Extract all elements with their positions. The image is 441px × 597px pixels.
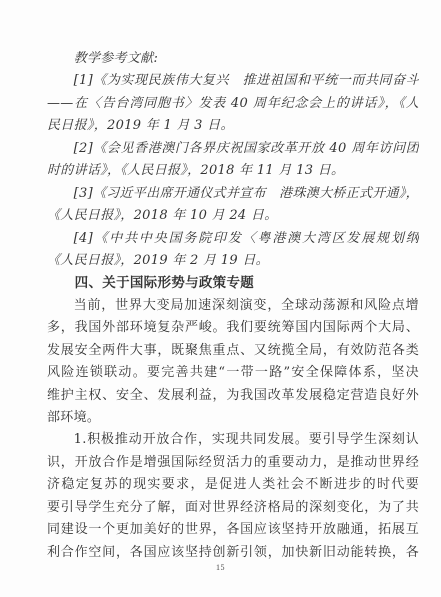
reference-1-line: [1]《为实现民族伟大复兴 推进祖国和平统一而共同奋斗 [47, 70, 419, 92]
document-page: 教学参考文献:[1]《为实现民族伟大复兴 推进祖国和平统一而共同奋斗——在〈告台… [0, 0, 441, 597]
body-paragraph-1-line: 风险连锁联动。要完善共建“一带一路”安全保障体系，坚决 [47, 362, 419, 384]
body-paragraph-2-line: 利合作空间，各国应该坚持创新引领，加快新旧动能转换，各 [47, 542, 419, 564]
body-paragraph-2-line: 识，开放合作是增强国际经贸活力的重要动力，是推动世界经 [47, 452, 419, 474]
body-paragraph-2-line: 同建设一个更加美好的世界，各国应该坚持开放融通，拓展互 [47, 519, 419, 541]
reference-2-line: [2]《会见香港澳门各界庆祝国家改革开放 40 周年访问团 [47, 138, 419, 160]
body-paragraph-1-line: 部环境。 [47, 407, 419, 429]
body-paragraph-1-line: 发展安全两件大事，既聚焦重点、又统揽全局，有效防范各类 [47, 340, 419, 362]
page-number: 15 [0, 563, 441, 572]
reference-1-line: 民日报》，2019 年 1 月 3 日。 [47, 115, 419, 137]
body-paragraph-2-line: 1.积极推动开放合作，实现共同发展。要引导学生深刻认 [47, 429, 419, 451]
body-paragraph-1-line: 当前，世界大变局加速深刻演变，全球动荡源和风险点增 [47, 295, 419, 317]
body-paragraph-1-line: 维护主权、安全、发展利益，为我国改革发展稳定营造良好外 [47, 385, 419, 407]
body-paragraph-2-line: 要引导学生充分了解，面对世界经济格局的深刻变化，为了共 [47, 497, 419, 519]
references-title-line: 教学参考文献: [47, 48, 419, 70]
text-block: 教学参考文献:[1]《为实现民族伟大复兴 推进祖国和平统一而共同奋斗——在〈告台… [47, 48, 419, 564]
reference-3-line: 《人民日报》，2018 年 10 月 24 日。 [47, 205, 419, 227]
reference-1-line: ——在〈告台湾同胞书〉发表 40 周年纪念会上的讲话》，《人 [47, 93, 419, 115]
section-heading-line: 四、关于国际形势与政策专题 [47, 272, 419, 294]
reference-2-line: 时的讲话》，《人民日报》，2018 年 11 月 13 日。 [47, 160, 419, 182]
reference-3-line: [3]《习近平出席开通仪式并宣布 港珠澳大桥正式开通》， [47, 183, 419, 205]
reference-4-line: [4]《中共中央国务院印发〈粤港澳大湾区发展规划纲要〉》， [47, 228, 419, 250]
body-paragraph-1-line: 多，我国外部环境复杂严峻。我们要统筹国内国际两个大局、 [47, 317, 419, 339]
reference-4-line: 《人民日报》，2019 年 2 月 19 日。 [47, 250, 419, 272]
body-paragraph-2-line: 济稳定复苏的现实要求，是促进人类社会不断进步的时代要求。 [47, 474, 419, 496]
